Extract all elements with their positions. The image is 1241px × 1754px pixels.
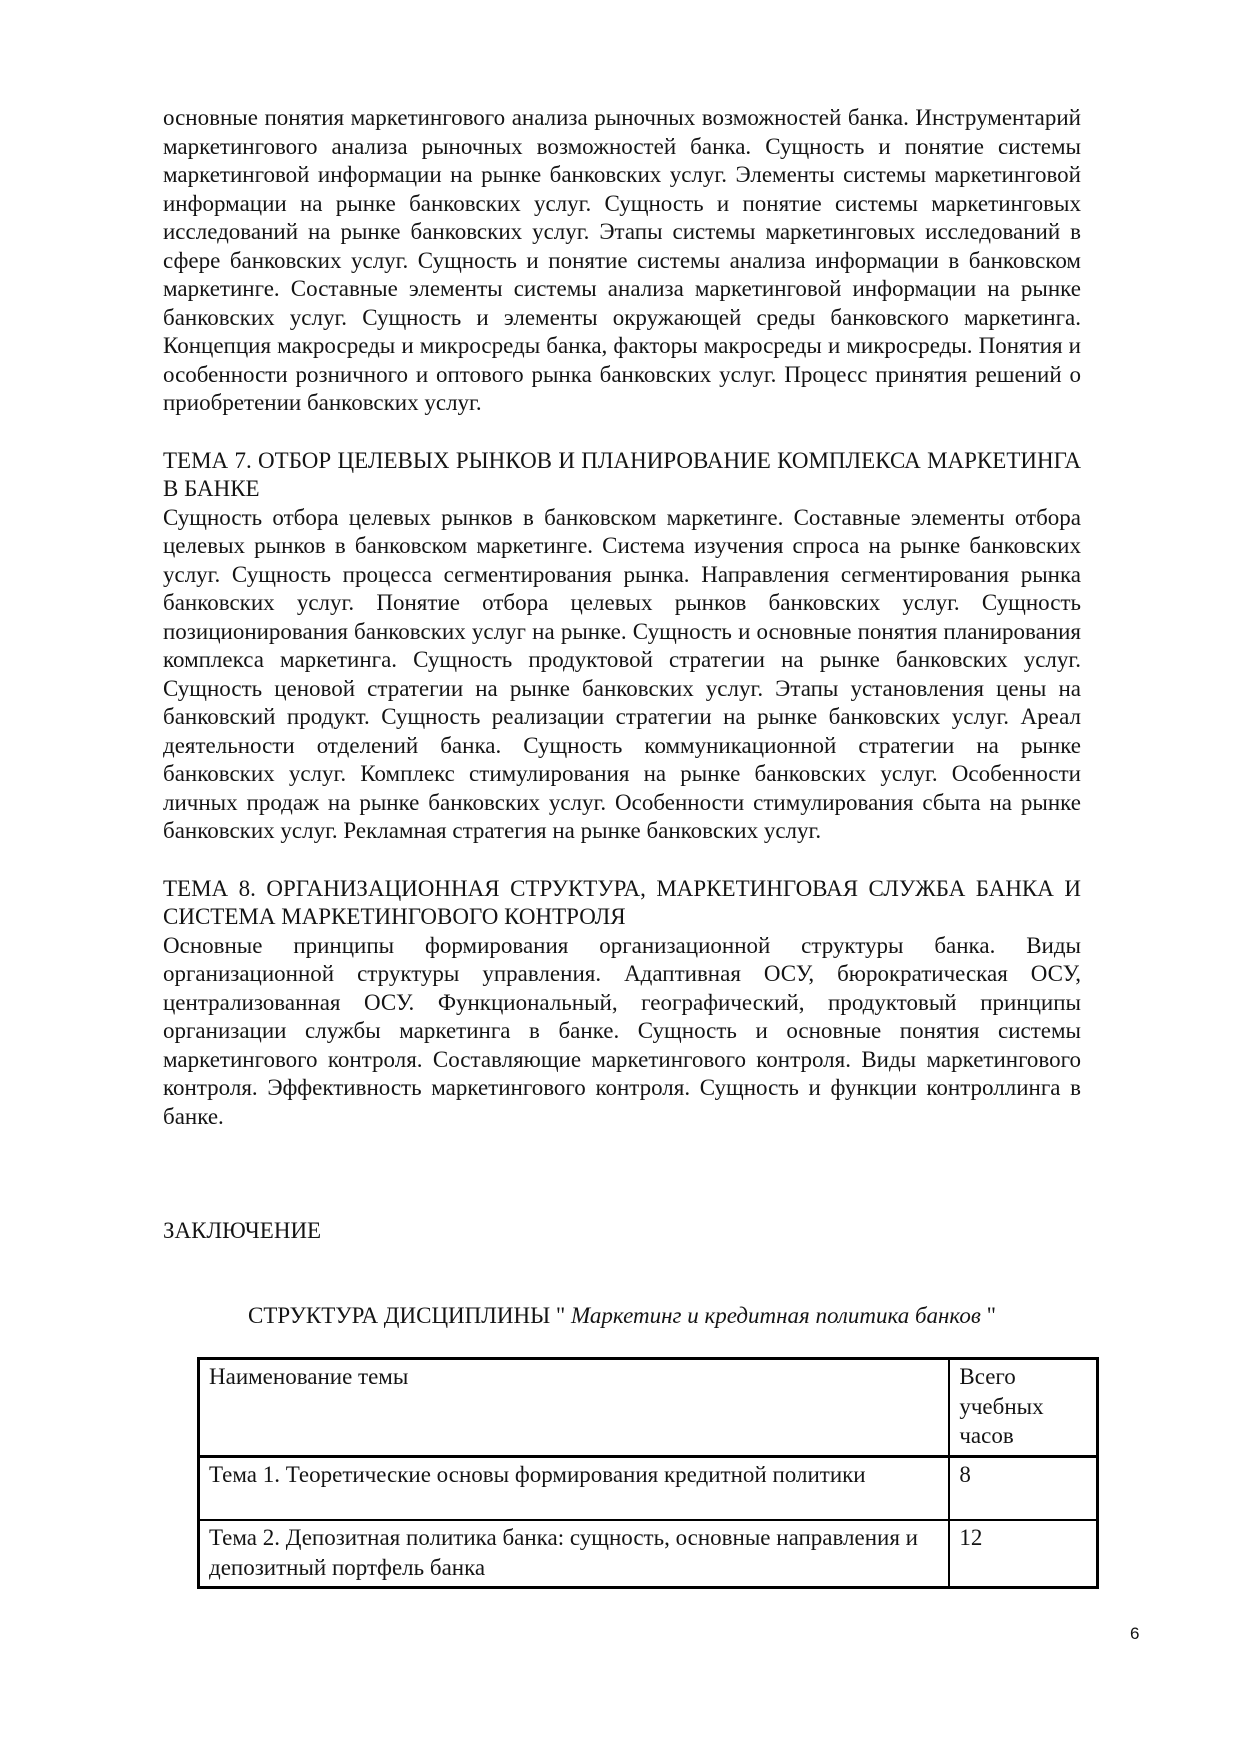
table-cell-topic-2: Тема 2. Депозитная политика банка: сущно… bbox=[199, 1520, 950, 1588]
discipline-structure-table: Наименование темы Всего учебных часов Те… bbox=[197, 1357, 1099, 1589]
tema7-paragraph: Сущность отбора целевых рынков в банковс… bbox=[163, 504, 1081, 846]
table-cell-topic-1: Тема 1. Теоретические основы формировани… bbox=[199, 1457, 950, 1521]
table-header-hours: Всего учебных часов bbox=[949, 1359, 1097, 1457]
table-row: Тема 1. Теоретические основы формировани… bbox=[199, 1457, 1098, 1521]
document-body: основные понятия маркетингового анализа … bbox=[163, 104, 1081, 1589]
discipline-structure-title: СТРУКТУРА ДИСЦИПЛИНЫ " Маркетинг и креди… bbox=[163, 1302, 1081, 1331]
tema8-heading: ТЕМА 8. ОРГАНИЗАЦИОННАЯ СТРУКТУРА, МАРКЕ… bbox=[163, 875, 1081, 932]
intro-paragraph: основные понятия маркетингового анализа … bbox=[163, 104, 1081, 418]
structure-title-prefix: СТРУКТУРА ДИСЦИПЛИНЫ " bbox=[248, 1303, 571, 1328]
page-number: 6 bbox=[1130, 1624, 1139, 1644]
table-row: Тема 2. Депозитная политика банка: сущно… bbox=[199, 1520, 1098, 1588]
table-cell-hours-2: 12 bbox=[949, 1520, 1097, 1588]
table-cell-hours-1: 8 bbox=[949, 1457, 1097, 1521]
structure-title-suffix: " bbox=[981, 1303, 996, 1328]
tema8-paragraph: Основные принципы формирования организац… bbox=[163, 932, 1081, 1132]
tema7-heading: ТЕМА 7. ОТБОР ЦЕЛЕВЫХ РЫНКОВ И ПЛАНИРОВА… bbox=[163, 447, 1081, 504]
table-header-row: Наименование темы Всего учебных часов bbox=[199, 1359, 1098, 1457]
table-header-topic: Наименование темы bbox=[199, 1359, 950, 1457]
structure-title-course-name: Маркетинг и кредитная политика банков bbox=[571, 1303, 981, 1328]
conclusion-heading: ЗАКЛЮЧЕНИЕ bbox=[163, 1217, 1081, 1246]
document-page: основные понятия маркетингового анализа … bbox=[0, 0, 1241, 1754]
